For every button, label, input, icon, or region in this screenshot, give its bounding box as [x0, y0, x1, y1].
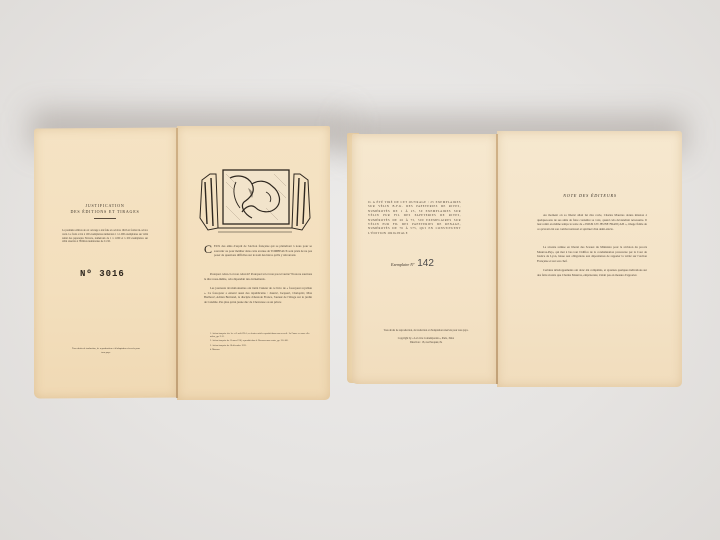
exemplaire-number: 142: [417, 258, 434, 269]
address-line: Direction : 18, rue Pasquier, 8e: [362, 341, 490, 345]
heading-rule: [94, 218, 116, 219]
editors-paragraph-1: Au moment où sa liberté allait lui être …: [537, 213, 647, 231]
right-book-gutter: [496, 134, 498, 384]
rights-line-1: Tous droits de reproduction, de traducti…: [362, 329, 490, 333]
justification-body: La première édition de cet ouvrage a été…: [62, 229, 148, 244]
exemplaire-line: Exemplaire Nº 142: [391, 258, 434, 269]
footnote: 2. Action française du 15 mars 1916, rep…: [210, 340, 310, 343]
engraving-illustration: [196, 162, 314, 234]
paragraph-2: Pourquoi celui-ci et non celui-là? Pourq…: [204, 272, 312, 281]
left-book-gutter: [176, 128, 178, 398]
paragraph-3: Les journaux révolutionnaires ont traité…: [204, 286, 312, 304]
intro-paragraph: C EUX des amis d'esprit de l'Action fran…: [204, 244, 312, 258]
editions-heading: DES ÉDITIONS ET TIRAGES: [50, 209, 160, 214]
editors-paragraph-3: Certains développements ont donc été com…: [537, 268, 647, 277]
limitation-statement: IL A ÉTÉ TIRÉ DE CET OUVRAGE : 25 EXEMPL…: [368, 200, 461, 235]
editors-paragraph-2: La récente remise en liberté des Sceaux …: [537, 245, 647, 263]
footnote: 1. Action française des 1er et 2 août 19…: [210, 333, 310, 339]
engraving-icon: [196, 162, 314, 234]
left-book-left-page: [34, 128, 177, 399]
justification-heading: JUSTIFICATION: [50, 203, 160, 208]
copy-number: Nº 3016: [80, 269, 125, 279]
exemplaire-label: Exemplaire Nº: [391, 262, 414, 267]
footnote: 3. Action française du 18 décembre 1913.: [210, 345, 310, 348]
paragraph-1: EUX des amis d'esprit de l'Action frança…: [214, 244, 312, 257]
footnote: 4. Maurras.: [210, 349, 310, 352]
dropcap-letter: C: [204, 244, 212, 254]
editors-note-heading: NOTE DES ÉDITEURS: [540, 193, 640, 198]
rights-footer: Tous droits de traduction, de reproducti…: [70, 347, 142, 354]
footnotes: 1. Action française des 1er et 2 août 19…: [210, 333, 310, 352]
